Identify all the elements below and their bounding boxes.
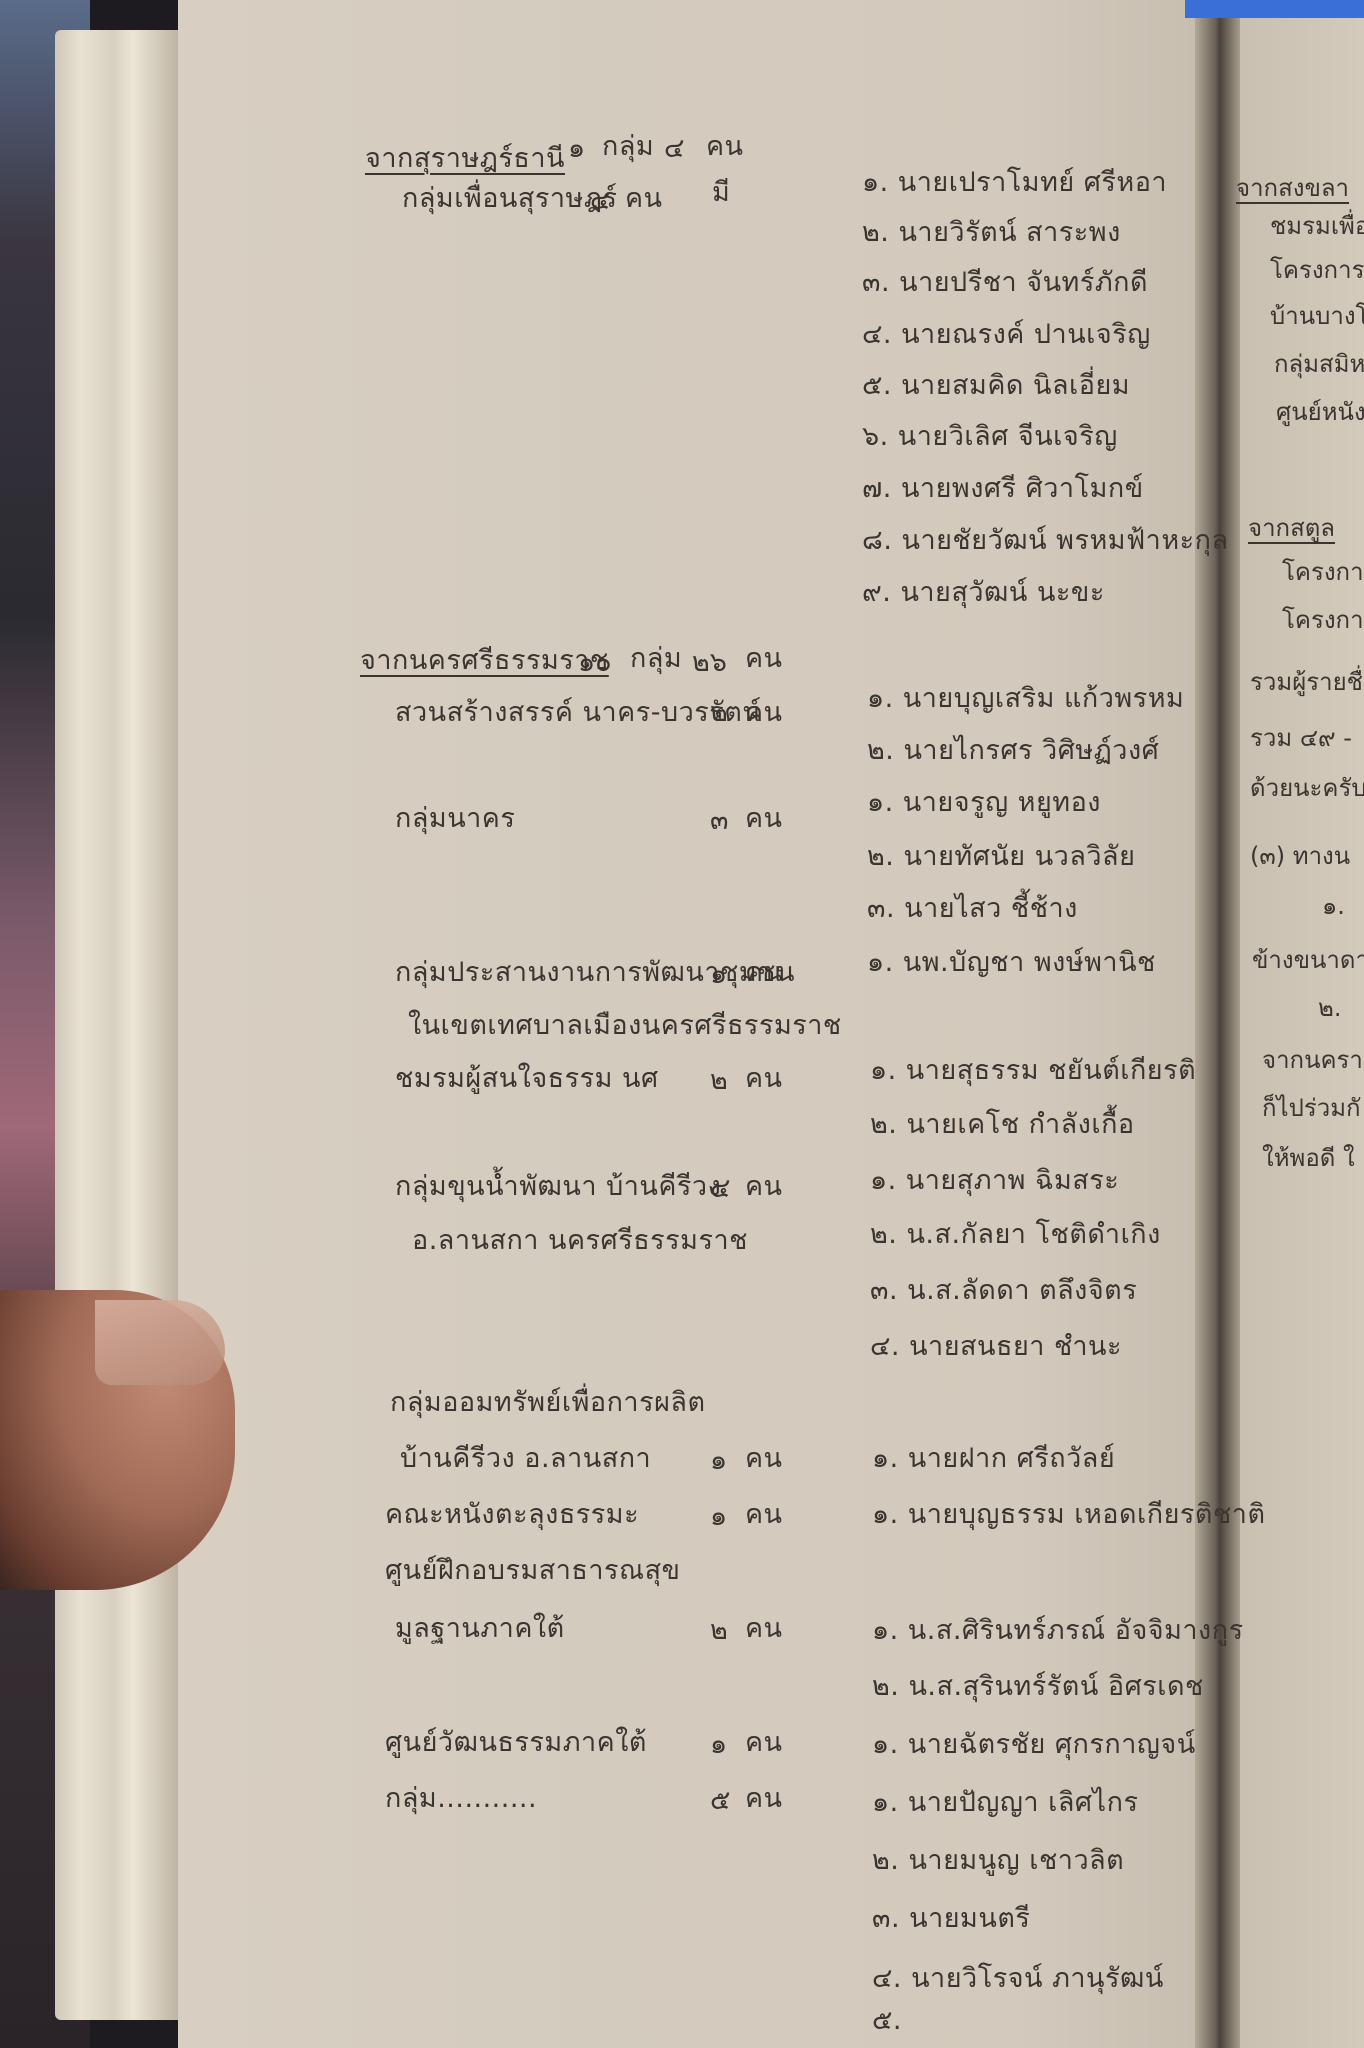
facing-line: รวม ๔๙ - <box>1250 718 1352 757</box>
group-member-count: ๒ <box>710 1058 728 1101</box>
list-item: ๕. นายสมคิด นิลเอี่ยม <box>862 363 1130 406</box>
facing-line: ด้วยนะครับ <box>1250 768 1364 807</box>
list-item: ๕. <box>872 1998 902 2041</box>
group-member-unit: คน <box>745 690 783 733</box>
facing-heading: จากสตูล <box>1248 508 1335 547</box>
group-count: ๑ <box>568 126 585 169</box>
list-item: ๔. นายวิโรจน์ ภานุรัฒน์ <box>872 1956 1164 1999</box>
group-member-count: ๓ <box>710 798 728 841</box>
group-word: กลุ่ม <box>602 124 654 167</box>
group-name: คณะหนังตะลุงธรรมะ <box>385 1492 639 1535</box>
group-name: ศูนย์ฝึกอบรมสาธารณสุข <box>385 1548 681 1591</box>
list-item: ๑. น.ส.ศิรินทร์ภรณ์ อัจจิมางกูร <box>872 1608 1244 1651</box>
list-item: ๓. น.ส.ลัดดา ตลึงจิตร <box>870 1268 1137 1311</box>
group-member-count: ๑ <box>710 1438 727 1481</box>
list-item: ๔. นายณรงค์ ปานเจริญ <box>862 312 1151 355</box>
list-item: ๘. นายชัยวัฒน์ พรหมฟ้าหะกุล <box>862 518 1229 561</box>
group-member-unit: คน <box>625 176 663 219</box>
group-name-line2: มูลฐานภาคใต้ <box>395 1606 565 1649</box>
group-name: กลุ่มออมทรัพย์เพื่อการผลิต <box>390 1380 706 1423</box>
group-member-count: ๑ <box>710 1722 727 1765</box>
group-member-unit: คน <box>745 1492 783 1535</box>
list-item: ๓. นายปรีชา จันทร์ภักดี <box>862 260 1148 303</box>
group-member-unit: คน <box>745 796 783 839</box>
list-item: ๑. นายบุญเสริม แก้วพรหม <box>867 676 1184 719</box>
group-member-unit: คน <box>745 1776 783 1819</box>
group-member-unit: คน <box>745 1164 783 1207</box>
group-member-unit: คน <box>745 1720 783 1763</box>
facing-line: ให้พอดี ใ <box>1262 1138 1355 1177</box>
group-member-count: ๕ <box>710 1778 730 1821</box>
list-item: ๑. นายฉัตรชัย ศุกรกาญจน์ <box>872 1722 1196 1765</box>
list-item: ๒. นายไกรศร วิศิษฏ์วงศ์ <box>867 728 1159 771</box>
list-item: ๑. นายสุธรรม ชยันต์เกียรติ <box>870 1048 1196 1091</box>
group-count: ๑๐ <box>578 640 612 683</box>
list-item: ๓. นายไสว ชี้ช้าง <box>867 886 1078 929</box>
group-name: กลุ่มประสานงานการพัฒนาชุมชน <box>395 950 795 993</box>
facing-line: ก็ไปร่วมกั <box>1262 1088 1361 1127</box>
section-heading: จากสุราษฎร์ธานี <box>365 136 565 179</box>
group-name-line2: อ.ลานสกา นครศรีธรรมราช <box>412 1218 748 1261</box>
group-note: มี <box>712 170 730 213</box>
facing-line: กลุ่มสมิหล <box>1274 344 1364 383</box>
list-item: ๑. นพ.บัญชา พงษ์พานิช <box>867 940 1156 983</box>
list-item: ๒. นายทัศนัย นวลวิลัย <box>867 834 1135 877</box>
list-item: ๒. นายมนูญ เชาวลิต <box>872 1838 1124 1881</box>
list-item: ๑. นายสุภาพ ฉิมสระ <box>870 1158 1119 1201</box>
list-item: ๑. นายฝาก ศรีถวัลย์ <box>872 1436 1115 1479</box>
person-count: ๔ <box>664 126 684 169</box>
group-name: ชมรมผู้สนใจธรรม นศ <box>395 1056 659 1099</box>
thumb-nail <box>95 1300 225 1385</box>
list-item: ๑. นายจรูญ หยูทอง <box>867 780 1101 823</box>
group-member-count: ๔ <box>710 1166 730 1209</box>
section-heading: จากนครศรีธรรมราช <box>360 638 609 681</box>
list-item: ๑. นายเปราโมทย์ ศรีหอา <box>862 160 1167 203</box>
group-name-line2: ในเขตเทศบาลเมืองนครศรีธรรมราช <box>408 1003 842 1046</box>
facing-line: ๑. <box>1322 886 1345 925</box>
group-member-count: ๒ <box>710 1608 728 1651</box>
group-word: กลุ่ม <box>630 636 682 679</box>
group-member-count: ๒ <box>710 690 728 733</box>
group-name: กลุ่มนาคร <box>395 796 515 839</box>
list-item: ๔. นายสนธยา ชำนะ <box>870 1324 1122 1367</box>
group-name: กลุ่มขุนน้ำพัฒนา บ้านคีรีวง <box>395 1164 721 1207</box>
facing-line: โครงการ <box>1270 250 1364 289</box>
list-item: ๗. นายพงศรี ศิวาโมกข์ <box>862 466 1144 509</box>
facing-line: ๒. <box>1318 988 1341 1027</box>
group-name-line2: บ้านคีรีวง อ.ลานสกา <box>400 1436 651 1479</box>
list-item: ๒. น.ส.กัลยา โชติดำเกิง <box>870 1212 1161 1255</box>
group-name: กลุ่ม........... <box>385 1776 537 1819</box>
list-item: ๒. นายวิรัตน์ สาระพง <box>862 210 1121 253</box>
facing-heading: จากสงขลา <box>1236 168 1349 207</box>
facing-line: โครงกา <box>1282 552 1364 591</box>
list-item: ๑. นายบุญธรรม เหอดเกียรติชาติ <box>872 1492 1265 1535</box>
group-member-count: ๔ <box>590 178 610 221</box>
group-name: ศูนย์วัฒนธรรมภาคใต้ <box>385 1720 647 1763</box>
facing-line: บ้านบางโ <box>1270 296 1364 335</box>
list-item: ๓. นายมนตรี <box>872 1896 1030 1939</box>
background-blue-object <box>1185 0 1364 18</box>
facing-line: รวมผู้รายชื่ <box>1250 662 1363 701</box>
person-word: คน <box>745 636 783 679</box>
list-item: ๑. นายปัญญา เลิศไกร <box>872 1780 1138 1823</box>
facing-line: (๓) ทางน <box>1250 836 1350 875</box>
group-name: สวนสร้างสรรค์ นาคร-บวรรัตน์ <box>395 690 761 733</box>
person-count: ๒๖ <box>692 640 727 683</box>
person-word: คน <box>706 124 744 167</box>
facing-line: ข้างขนาดา <box>1252 940 1364 979</box>
list-item: ๖. นายวิเลิศ จีนเจริญ <box>862 414 1118 457</box>
group-member-count: ๑ <box>710 952 727 995</box>
list-item: ๒. นายเคโช กำลังเกื้อ <box>870 1102 1135 1145</box>
facing-line: จากนครา <box>1262 1040 1363 1079</box>
group-name: กลุ่มเพื่อนสุราษฎร์ <box>402 176 617 219</box>
group-member-unit: คน <box>745 1056 783 1099</box>
book-gutter <box>1195 0 1240 2048</box>
list-item: ๒. น.ส.สุรินทร์รัตน์ อิศรเดช <box>872 1664 1204 1707</box>
group-member-count: ๑ <box>710 1494 727 1537</box>
list-item: ๙. นายสุวัฒน์ นะขะ <box>862 570 1105 613</box>
group-member-unit: คน <box>745 1436 783 1479</box>
group-member-unit: คน <box>745 1606 783 1649</box>
group-member-unit: คน <box>745 950 783 993</box>
facing-line: ศูนย์หนังสื <box>1276 392 1364 431</box>
facing-line: โครงกา <box>1282 600 1364 639</box>
facing-line: ชมรมเพื่อ <box>1270 206 1364 245</box>
book-page-edges <box>55 30 185 2020</box>
